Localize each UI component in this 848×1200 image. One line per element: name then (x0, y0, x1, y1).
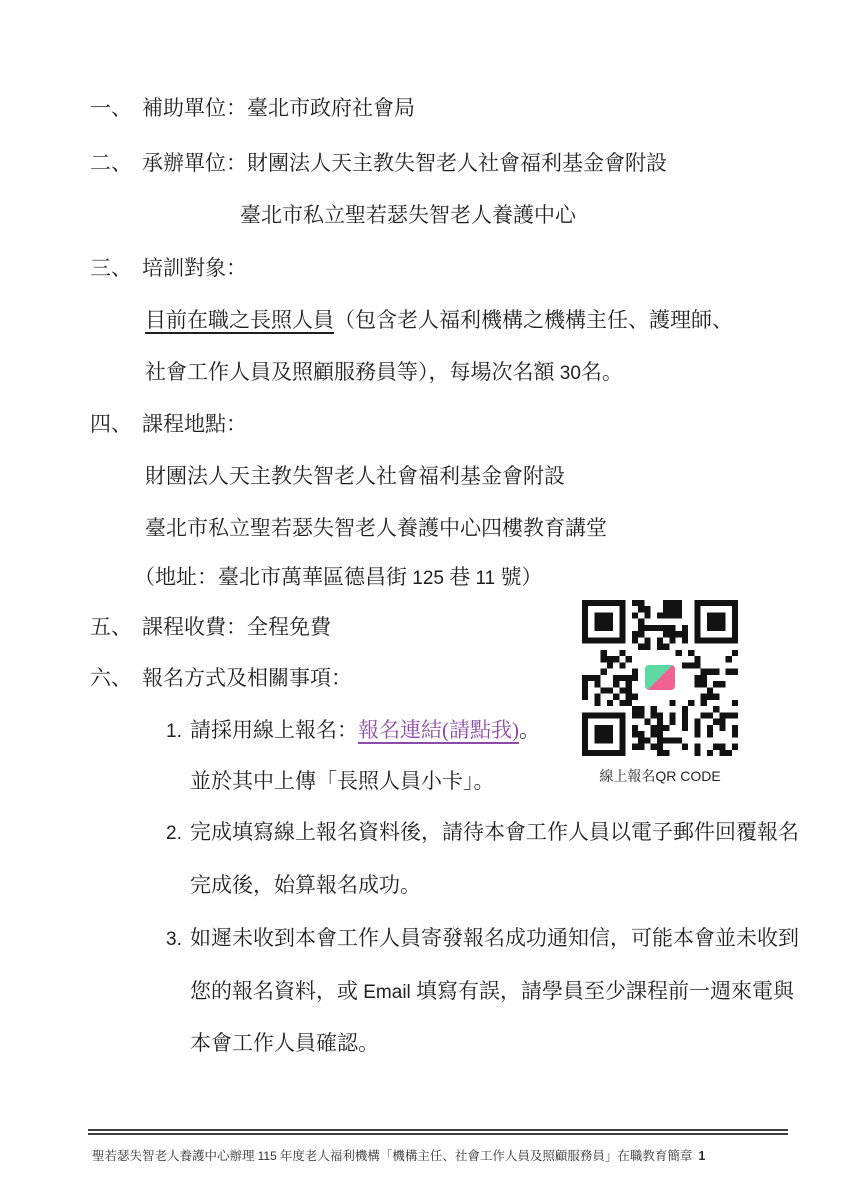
qr-caption: 線上報名QR CODE (578, 766, 742, 786)
section-2: 二、承辦單位：財團法人天主教失智老人社會福利基金會附設 (90, 148, 667, 178)
page-number: 1 (698, 1149, 705, 1163)
section-3-line1: 目前在職之長照人員（包含老人福利機構之機構主任、護理師、 (145, 305, 733, 335)
item-3-cont2-text: 本會工作人員確認。 (190, 1031, 379, 1055)
section-5-marker: 五、 (90, 612, 142, 642)
item-1-prefix: 請採用線上報名： (190, 718, 358, 742)
section-1-marker: 一、 (90, 93, 142, 123)
list-item-3-continuation-1: 您的報名資料，或 Email 填寫有誤，請學員至少課程前一週來電與 (190, 976, 794, 1008)
item-3-number: 3. (166, 925, 190, 955)
item-1-cont-text: 並於其中上傳「長照人員小卡」。 (190, 769, 495, 793)
section-3-line2-post: 名。 (581, 360, 623, 384)
underlined-training-target: 目前在職之長照人員 (145, 308, 334, 332)
address-lane-number: 125 (412, 568, 444, 589)
item-3-cont1-post: 填寫有誤，請學員至少課程前一週來電與 (411, 979, 794, 1003)
list-item-2: 2.完成填寫線上報名資料後，請待本會工作人員以電子郵件回覆報名 (166, 817, 799, 849)
section-3-line2: 社會工作人員及照顧服務員等），每場次名額 30名。 (145, 357, 623, 389)
section-3: 三、培訓對象： (90, 253, 247, 283)
qr-caption-en: QR CODE (655, 768, 720, 784)
address-pre: （地址：臺北市萬華區德昌街 (134, 565, 412, 589)
list-item-1-continuation: 並於其中上傳「長照人員小卡」。 (190, 766, 495, 796)
registration-link[interactable]: 報名連結(請點我) (358, 718, 519, 742)
section-4-line2-text: 臺北市私立聖若瑟失智老人養護中心四樓教育講堂 (145, 516, 607, 540)
address-post: 號） (495, 565, 542, 589)
item-3-text: 如遲未收到本會工作人員寄發報名成功通知信，可能本會並未收到 (190, 926, 799, 950)
section-2-continuation: 臺北市私立聖若瑟失智老人養護中心 (240, 200, 576, 230)
section-4: 四、課程地點： (90, 409, 247, 439)
section-4-marker: 四、 (90, 409, 142, 439)
section-1-text: 補助單位：臺北市政府社會局 (142, 96, 415, 120)
section-2-text: 承辦單位：財團法人天主教失智老人社會福利基金會附設 (142, 151, 667, 175)
document-page: 一、補助單位：臺北市政府社會局 二、承辦單位：財團法人天主教失智老人社會福利基金… (0, 0, 848, 1200)
qr-code (582, 600, 738, 756)
item-1-number: 1. (166, 717, 190, 747)
footer-pre: 聖若瑟失智老人養護中心辦理 (92, 1149, 258, 1163)
footer-text: 聖若瑟失智老人養護中心辦理 115 年度老人福利機構「機構主任、社會工作人員及照… (92, 1146, 705, 1166)
section-6-text: 報名方式及相關事項： (142, 666, 352, 690)
section-4-text: 課程地點： (142, 412, 247, 436)
section-4-line1-text: 財團法人天主教失智老人社會福利基金會附設 (145, 464, 565, 488)
qr-caption-zh: 線上報名 (599, 770, 655, 785)
section-3-line2-pre: 社會工作人員及照顧服務員等），每場次名額 (145, 360, 560, 384)
footer-post: 年度老人福利機構「機構主任、社會工作人員及照顧服務員」在職教育簡章 (277, 1149, 693, 1163)
footer-divider (88, 1129, 788, 1135)
section-3-text: 培訓對象： (142, 256, 247, 280)
section-1: 一、補助單位：臺北市政府社會局 (90, 93, 415, 123)
list-item-2-continuation: 完成後，始算報名成功。 (190, 870, 421, 900)
footer-year-number: 115 (258, 1149, 277, 1163)
address-house-number: 11 (475, 568, 495, 589)
item-1-suffix: 。 (519, 718, 540, 742)
item-2-cont-text: 完成後，始算報名成功。 (190, 873, 421, 897)
item-2-text: 完成填寫線上報名資料後，請待本會工作人員以電子郵件回覆報名 (190, 820, 799, 844)
email-word: Email (363, 982, 411, 1003)
item-2-number: 2. (166, 819, 190, 849)
section-5: 五、課程收費：全程免費 (90, 612, 331, 642)
section-4-line2: 臺北市私立聖若瑟失智老人養護中心四樓教育講堂 (145, 513, 607, 543)
list-item-3-continuation-2: 本會工作人員確認。 (190, 1028, 379, 1058)
section-4-line1: 財團法人天主教失智老人社會福利基金會附設 (145, 461, 565, 491)
section-2-marker: 二、 (90, 148, 142, 178)
list-item-1: 1.請採用線上報名：報名連結(請點我)。 (166, 715, 540, 747)
section-3-marker: 三、 (90, 253, 142, 283)
section-3-line1-rest: （包含老人福利機構之機構主任、護理師、 (334, 308, 733, 332)
address-mid: 巷 (444, 565, 476, 589)
item-3-cont1-pre: 您的報名資料，或 (190, 979, 363, 1003)
qr-logo-gradient (645, 665, 675, 690)
section-5-text: 課程收費：全程免費 (142, 615, 331, 639)
list-item-3: 3.如遲未收到本會工作人員寄發報名成功通知信，可能本會並未收到 (166, 923, 799, 955)
section-6-marker: 六、 (90, 663, 142, 693)
section-4-line3: （地址：臺北市萬華區德昌街 125 巷 11 號） (134, 562, 542, 594)
qr-center-logo (640, 660, 680, 695)
section-6: 六、報名方式及相關事項： (90, 663, 352, 693)
section-2-cont-text: 臺北市私立聖若瑟失智老人養護中心 (240, 203, 576, 227)
quota-number: 30 (560, 363, 581, 384)
